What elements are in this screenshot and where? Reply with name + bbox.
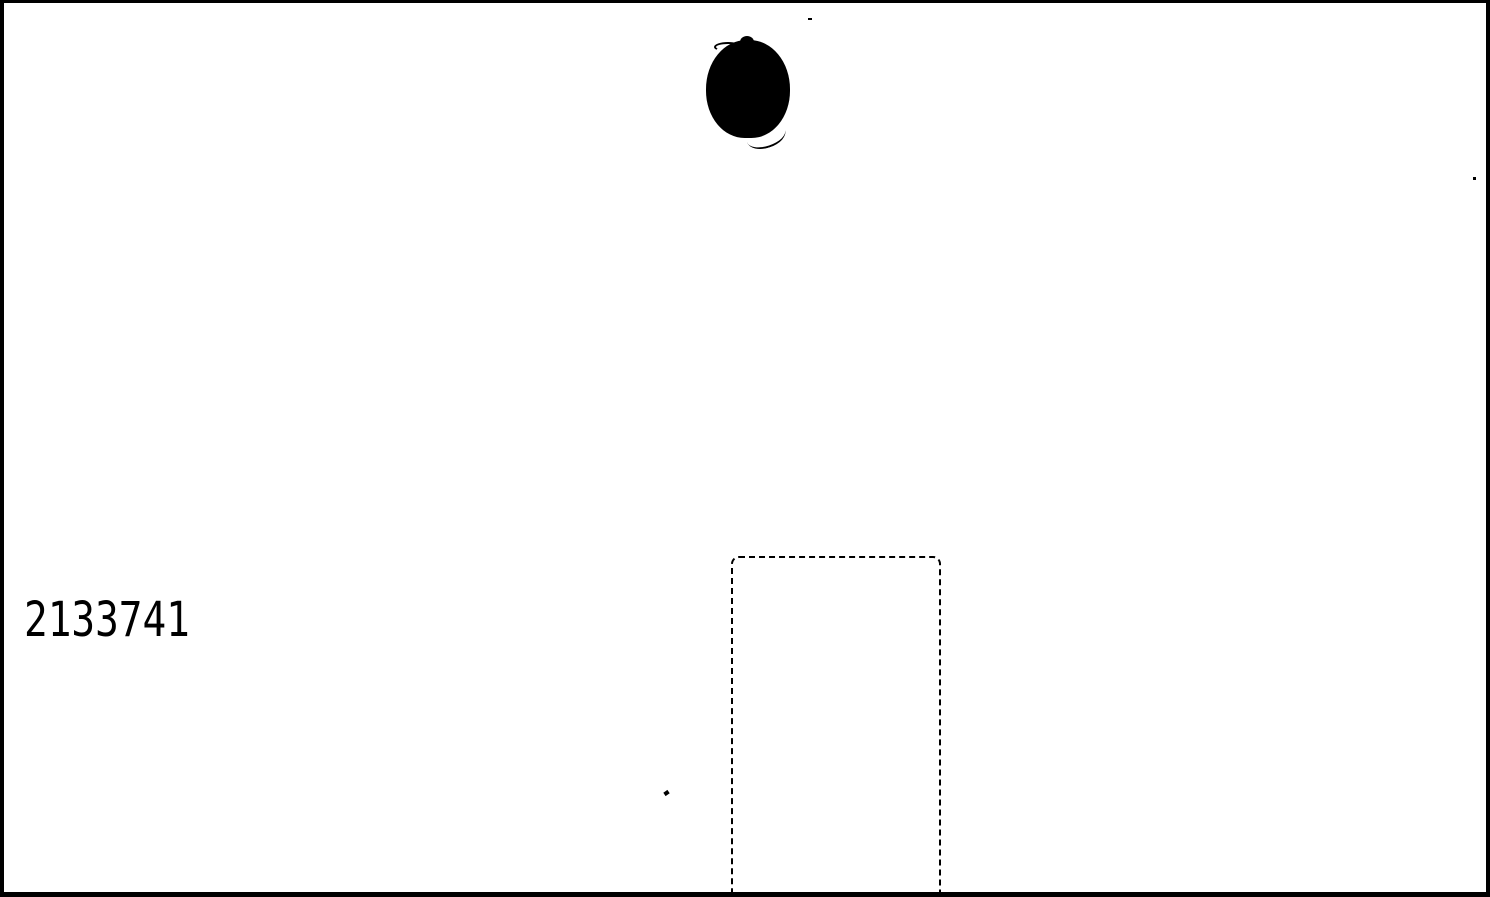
ink-speck [1473, 177, 1476, 180]
serial-number: 2133741 [24, 592, 190, 648]
scanned-document: 2133741 [0, 0, 1490, 897]
seal-tip-icon [740, 36, 754, 48]
card-slot-outline [731, 556, 941, 897]
bottom-edge [0, 892, 1490, 897]
ink-speck [808, 18, 812, 20]
